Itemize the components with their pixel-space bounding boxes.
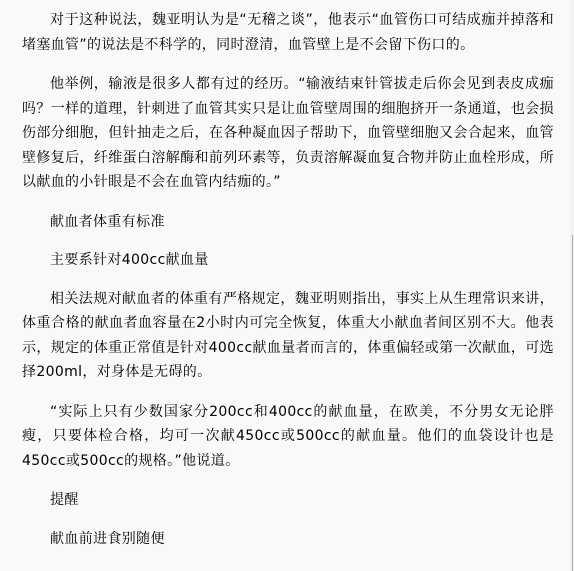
- paragraph-weight-regulation: 相关法规对献血者的体重有严格规定，魏亚明则指出，事实上从生理常识来讲，体重合格的…: [22, 287, 554, 385]
- paragraph-rebuttal: 对于这种说法，魏亚明认为是“无稽之谈”，他表示“血管伤口可结成痂并掉落和堵塞血管…: [22, 8, 554, 57]
- subheading-weight-standard: 献血者体重有标准: [22, 210, 554, 235]
- paragraph-international-volumes: “实际上只有少数国家分200cc和400cc的献血量，在欧美，不分男女无论胖瘦，…: [22, 400, 554, 474]
- paragraph-infusion-example: 他举例，输液是很多人都有过的经历。“输液结束针管拔走后你会见到表皮成痂吗？一样的…: [22, 72, 554, 195]
- right-edge-divider: [572, 235, 573, 571]
- subheading-400cc: 主要系针对400cc献血量: [22, 248, 554, 273]
- article-page: 对于这种说法，魏亚明认为是“无稽之谈”，他表示“血管伤口可结成痂并掉落和堵塞血管…: [0, 0, 574, 571]
- subheading-eating-before-donation: 献血前进食别随便: [22, 527, 554, 552]
- subheading-reminder: 提醒: [22, 488, 554, 513]
